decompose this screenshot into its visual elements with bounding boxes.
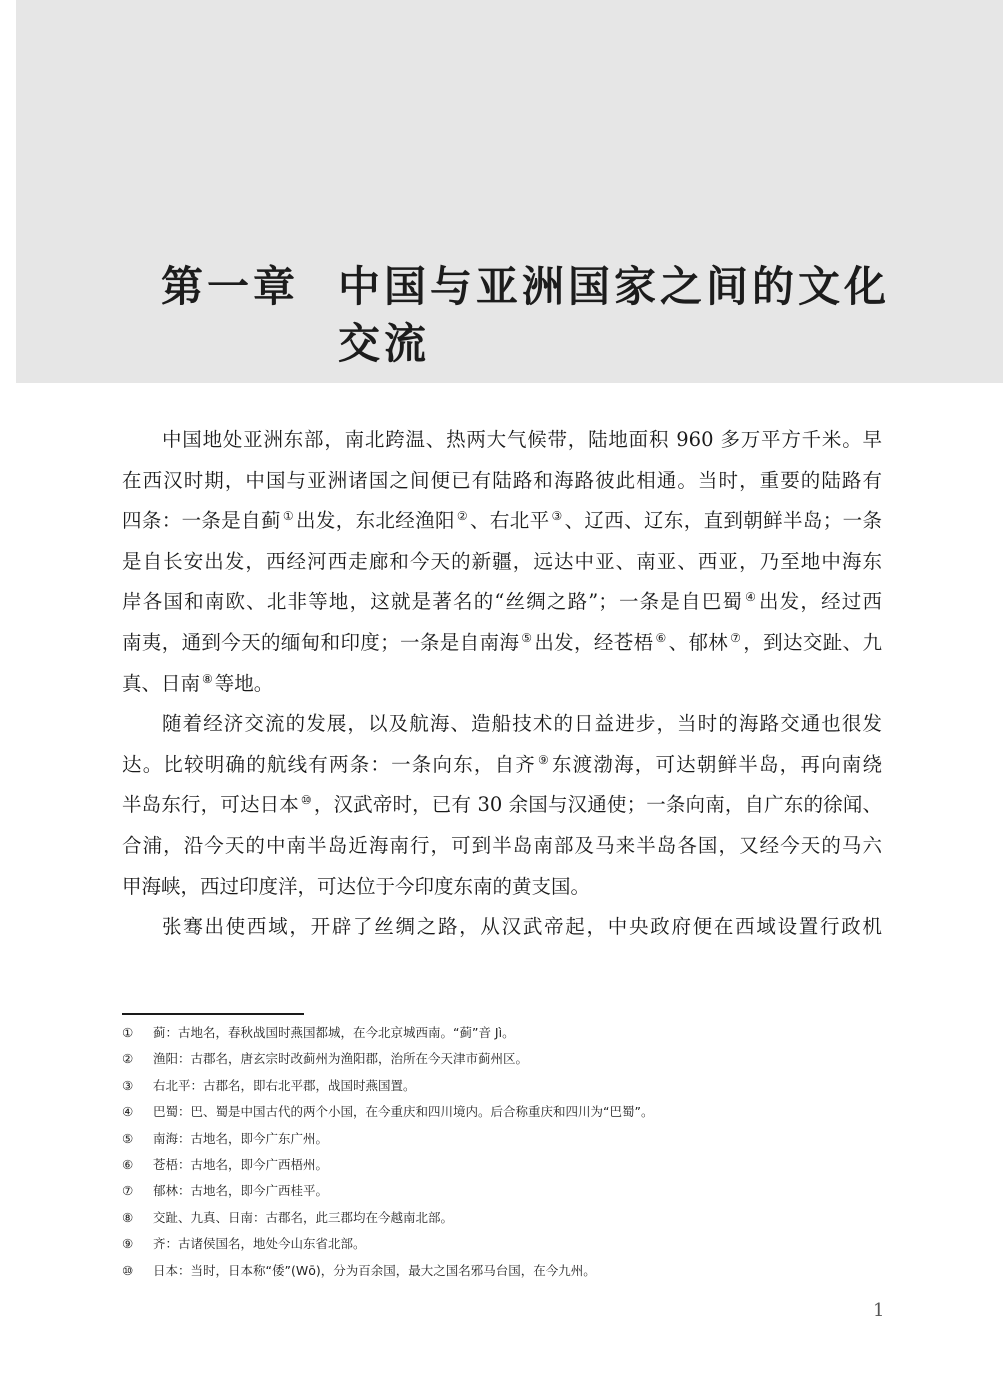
footnote-text: 蓟：古地名，春秋战国时燕国都城，在今北京城西南。“蓟”音 Jì。 — [153, 1020, 515, 1046]
text-line: 四条：一条是自蓟①出发，东北经渔阳②、右北平③、辽西、辽东，直到朝鲜半岛；一条 — [122, 501, 882, 542]
paragraph: 中国地处亚洲东部，南北跨温、热两大气候带，陆地面积 960 多万平方千米。早在西… — [122, 420, 882, 704]
footnote-reference[interactable]: ③ — [551, 509, 562, 523]
footnote-number: ⑨ — [122, 1231, 153, 1257]
text-segment: 南夷，通到今天的缅甸和印度；一条是自南海 — [122, 631, 519, 654]
text-line: 是自长安出发，西经河西走廊和今天的新疆，远达中亚、南亚、西亚，乃至地中海东 — [122, 542, 882, 583]
text-segment: 出发，经过西 — [759, 590, 882, 613]
footnote-reference[interactable]: ⑨ — [538, 753, 550, 767]
text-line: 真、日南⑧等地。 — [122, 664, 882, 705]
text-segment: 达。比较明确的航线有两条：一条向东，自齐 — [122, 753, 536, 776]
footnote-reference[interactable]: ⑩ — [301, 793, 312, 807]
footnote-reference[interactable]: ④ — [745, 590, 757, 604]
text-segment: 甲海峡，西过印度洋，可达位于今印度东南的黄支国。 — [122, 875, 590, 898]
text-segment: 、右北平 — [470, 509, 549, 532]
text-segment: 四条：一条是自蓟 — [122, 509, 281, 532]
text-segment: 真、日南 — [122, 672, 200, 695]
footnote-item: ⑨齐：古诸侯国名，地处今山东省北部。 — [122, 1231, 882, 1257]
footnote-text: 巴蜀：巴、蜀是中国古代的两个小国，在今重庆和四川境内。后合称重庆和四川为“巴蜀”… — [153, 1099, 653, 1125]
text-line: 岸各国和南欧、北非等地，这就是著名的“丝绸之路”；一条是自巴蜀④出发，经过西 — [122, 582, 882, 623]
footnote-text: 日本：当时，日本称“倭”(Wō)，分为百余国，最大之国名邪马台国，在今九州。 — [153, 1258, 596, 1284]
page-number: 1 — [873, 1300, 884, 1321]
chapter-label: 第一章 — [161, 258, 299, 315]
chapter-name-line: 交流 — [338, 315, 918, 372]
text-line: 达。比较明确的航线有两条：一条向东，自齐⑨东渡渤海，可达朝鲜半岛，再向南绕 — [122, 745, 882, 786]
footnote-number: ⑥ — [122, 1152, 153, 1178]
footnote-divider — [122, 1013, 304, 1015]
footnote-number: ③ — [122, 1073, 153, 1099]
text-segment: 等地。 — [215, 672, 274, 695]
text-segment: 随着经济交流的发展，以及航海、造船技术的日益进步，当时的海路交通也很发 — [162, 712, 882, 735]
footnote-number: ⑧ — [122, 1205, 153, 1231]
footnote-item: ⑥苍梧：古地名，即今广西梧州。 — [122, 1152, 882, 1178]
footnote-number: ④ — [122, 1099, 153, 1125]
footnote-text: 齐：古诸侯国名，地处今山东省北部。 — [153, 1231, 366, 1257]
footnote-reference[interactable]: ⑦ — [730, 631, 741, 645]
text-line: 在西汉时期，中国与亚洲诸国之间便已有陆路和海路彼此相通。当时，重要的陆路有 — [122, 461, 882, 502]
footnote-text: 郁林：古地名，即今广西桂平。 — [153, 1178, 328, 1204]
chapter-banner: 第一章 中国与亚洲国家之间的文化 交流 — [16, 0, 1003, 383]
text-line: 合浦，沿今天的中南半岛近海南行，可到半岛南部及马来半岛各国，又经今天的马六 — [122, 826, 882, 867]
footnote-text: 苍梧：古地名，即今广西梧州。 — [153, 1152, 328, 1178]
chapter-name-line: 中国与亚洲国家之间的文化 — [338, 258, 918, 315]
text-segment: 合浦，沿今天的中南半岛近海南行，可到半岛南部及马来半岛各国，又经今天的马六 — [122, 834, 882, 857]
chapter-name: 中国与亚洲国家之间的文化 交流 — [338, 258, 918, 372]
text-segment: 在西汉时期，中国与亚洲诸国之间便已有陆路和海路彼此相通。当时，重要的陆路有 — [122, 469, 882, 492]
text-line: 中国地处亚洲东部，南北跨温、热两大气候带，陆地面积 960 多万平方千米。早 — [122, 420, 882, 461]
paragraph: 随着经济交流的发展，以及航海、造船技术的日益进步，当时的海路交通也很发达。比较明… — [122, 704, 882, 907]
text-segment: ，到达交趾、九 — [743, 631, 882, 654]
footnote-reference[interactable]: ⑤ — [521, 631, 532, 645]
footnote-item: ③右北平：古郡名，即右北平郡，战国时燕国置。 — [122, 1073, 882, 1099]
footnote-reference[interactable]: ⑥ — [655, 631, 666, 645]
footnote-item: ④巴蜀：巴、蜀是中国古代的两个小国，在今重庆和四川境内。后合称重庆和四川为“巴蜀… — [122, 1099, 882, 1125]
footnote-text: 右北平：古郡名，即右北平郡，战国时燕国置。 — [153, 1073, 416, 1099]
text-line: 随着经济交流的发展，以及航海、造船技术的日益进步，当时的海路交通也很发 — [122, 704, 882, 745]
footnote-reference[interactable]: ⑧ — [202, 672, 213, 686]
footnote-reference[interactable]: ① — [283, 509, 294, 523]
footnote-reference[interactable]: ② — [457, 509, 468, 523]
footnote-number: ⑤ — [122, 1126, 153, 1152]
text-segment: 出发，东北经渔阳 — [296, 509, 455, 532]
footnote-text: 渔阳：古郡名，唐玄宗时改蓟州为渔阳郡，治所在今天津市蓟州区。 — [153, 1046, 528, 1072]
footnote-number: ⑩ — [122, 1258, 153, 1284]
footnote-number: ② — [122, 1046, 153, 1072]
text-segment: 东渡渤海，可达朝鲜半岛，再向南绕 — [552, 753, 882, 776]
paragraph: 张骞出使西域，开辟了丝绸之路，从汉武帝起，中央政府便在西域设置行政机 — [122, 907, 882, 948]
footnote-item: ①蓟：古地名，春秋战国时燕国都城，在今北京城西南。“蓟”音 Jì。 — [122, 1020, 882, 1046]
text-segment: 是自长安出发，西经河西走廊和今天的新疆，远达中亚、南亚、西亚，乃至地中海东 — [122, 550, 882, 573]
text-line: 张骞出使西域，开辟了丝绸之路，从汉武帝起，中央政府便在西域设置行政机 — [122, 907, 882, 948]
footnote-text: 交趾、九真、日南：古郡名，此三郡均在今越南北部。 — [153, 1205, 453, 1231]
text-segment: 出发，经苍梧 — [534, 631, 653, 654]
footnote-number: ① — [122, 1020, 153, 1046]
text-segment: 半岛东行，可达日本 — [122, 793, 299, 816]
footnote-number: ⑦ — [122, 1178, 153, 1204]
body-text: 中国地处亚洲东部，南北跨温、热两大气候带，陆地面积 960 多万平方千米。早在西… — [122, 420, 882, 948]
footnote-item: ⑦郁林：古地名，即今广西桂平。 — [122, 1178, 882, 1204]
text-line: 半岛东行，可达日本⑩，汉武帝时，已有 30 余国与汉通使；一条向南，自广东的徐闻… — [122, 785, 882, 826]
text-segment: ，汉武帝时，已有 30 余国与汉通使；一条向南，自广东的徐闻、 — [314, 793, 882, 816]
footnotes: ①蓟：古地名，春秋战国时燕国都城，在今北京城西南。“蓟”音 Jì。②渔阳：古郡名… — [122, 1020, 882, 1284]
text-segment: 岸各国和南欧、北非等地，这就是著名的“丝绸之路”；一条是自巴蜀 — [122, 590, 743, 613]
footnote-item: ⑤南海：古地名，即今广东广州。 — [122, 1126, 882, 1152]
footnote-text: 南海：古地名，即今广东广州。 — [153, 1126, 328, 1152]
text-line: 南夷，通到今天的缅甸和印度；一条是自南海⑤出发，经苍梧⑥、郁林⑦，到达交趾、九 — [122, 623, 882, 664]
text-segment: 张骞出使西域，开辟了丝绸之路，从汉武帝起，中央政府便在西域设置行政机 — [162, 915, 882, 938]
text-segment: 、郁林 — [669, 631, 729, 654]
footnote-item: ⑧交趾、九真、日南：古郡名，此三郡均在今越南北部。 — [122, 1205, 882, 1231]
text-segment: 中国地处亚洲东部，南北跨温、热两大气候带，陆地面积 960 多万平方千米。早 — [162, 428, 882, 451]
text-line: 甲海峡，西过印度洋，可达位于今印度东南的黄支国。 — [122, 867, 882, 908]
footnote-item: ⑩日本：当时，日本称“倭”(Wō)，分为百余国，最大之国名邪马台国，在今九州。 — [122, 1258, 882, 1284]
footnote-item: ②渔阳：古郡名，唐玄宗时改蓟州为渔阳郡，治所在今天津市蓟州区。 — [122, 1046, 882, 1072]
text-segment: 、辽西、辽东，直到朝鲜半岛；一条 — [565, 509, 882, 532]
